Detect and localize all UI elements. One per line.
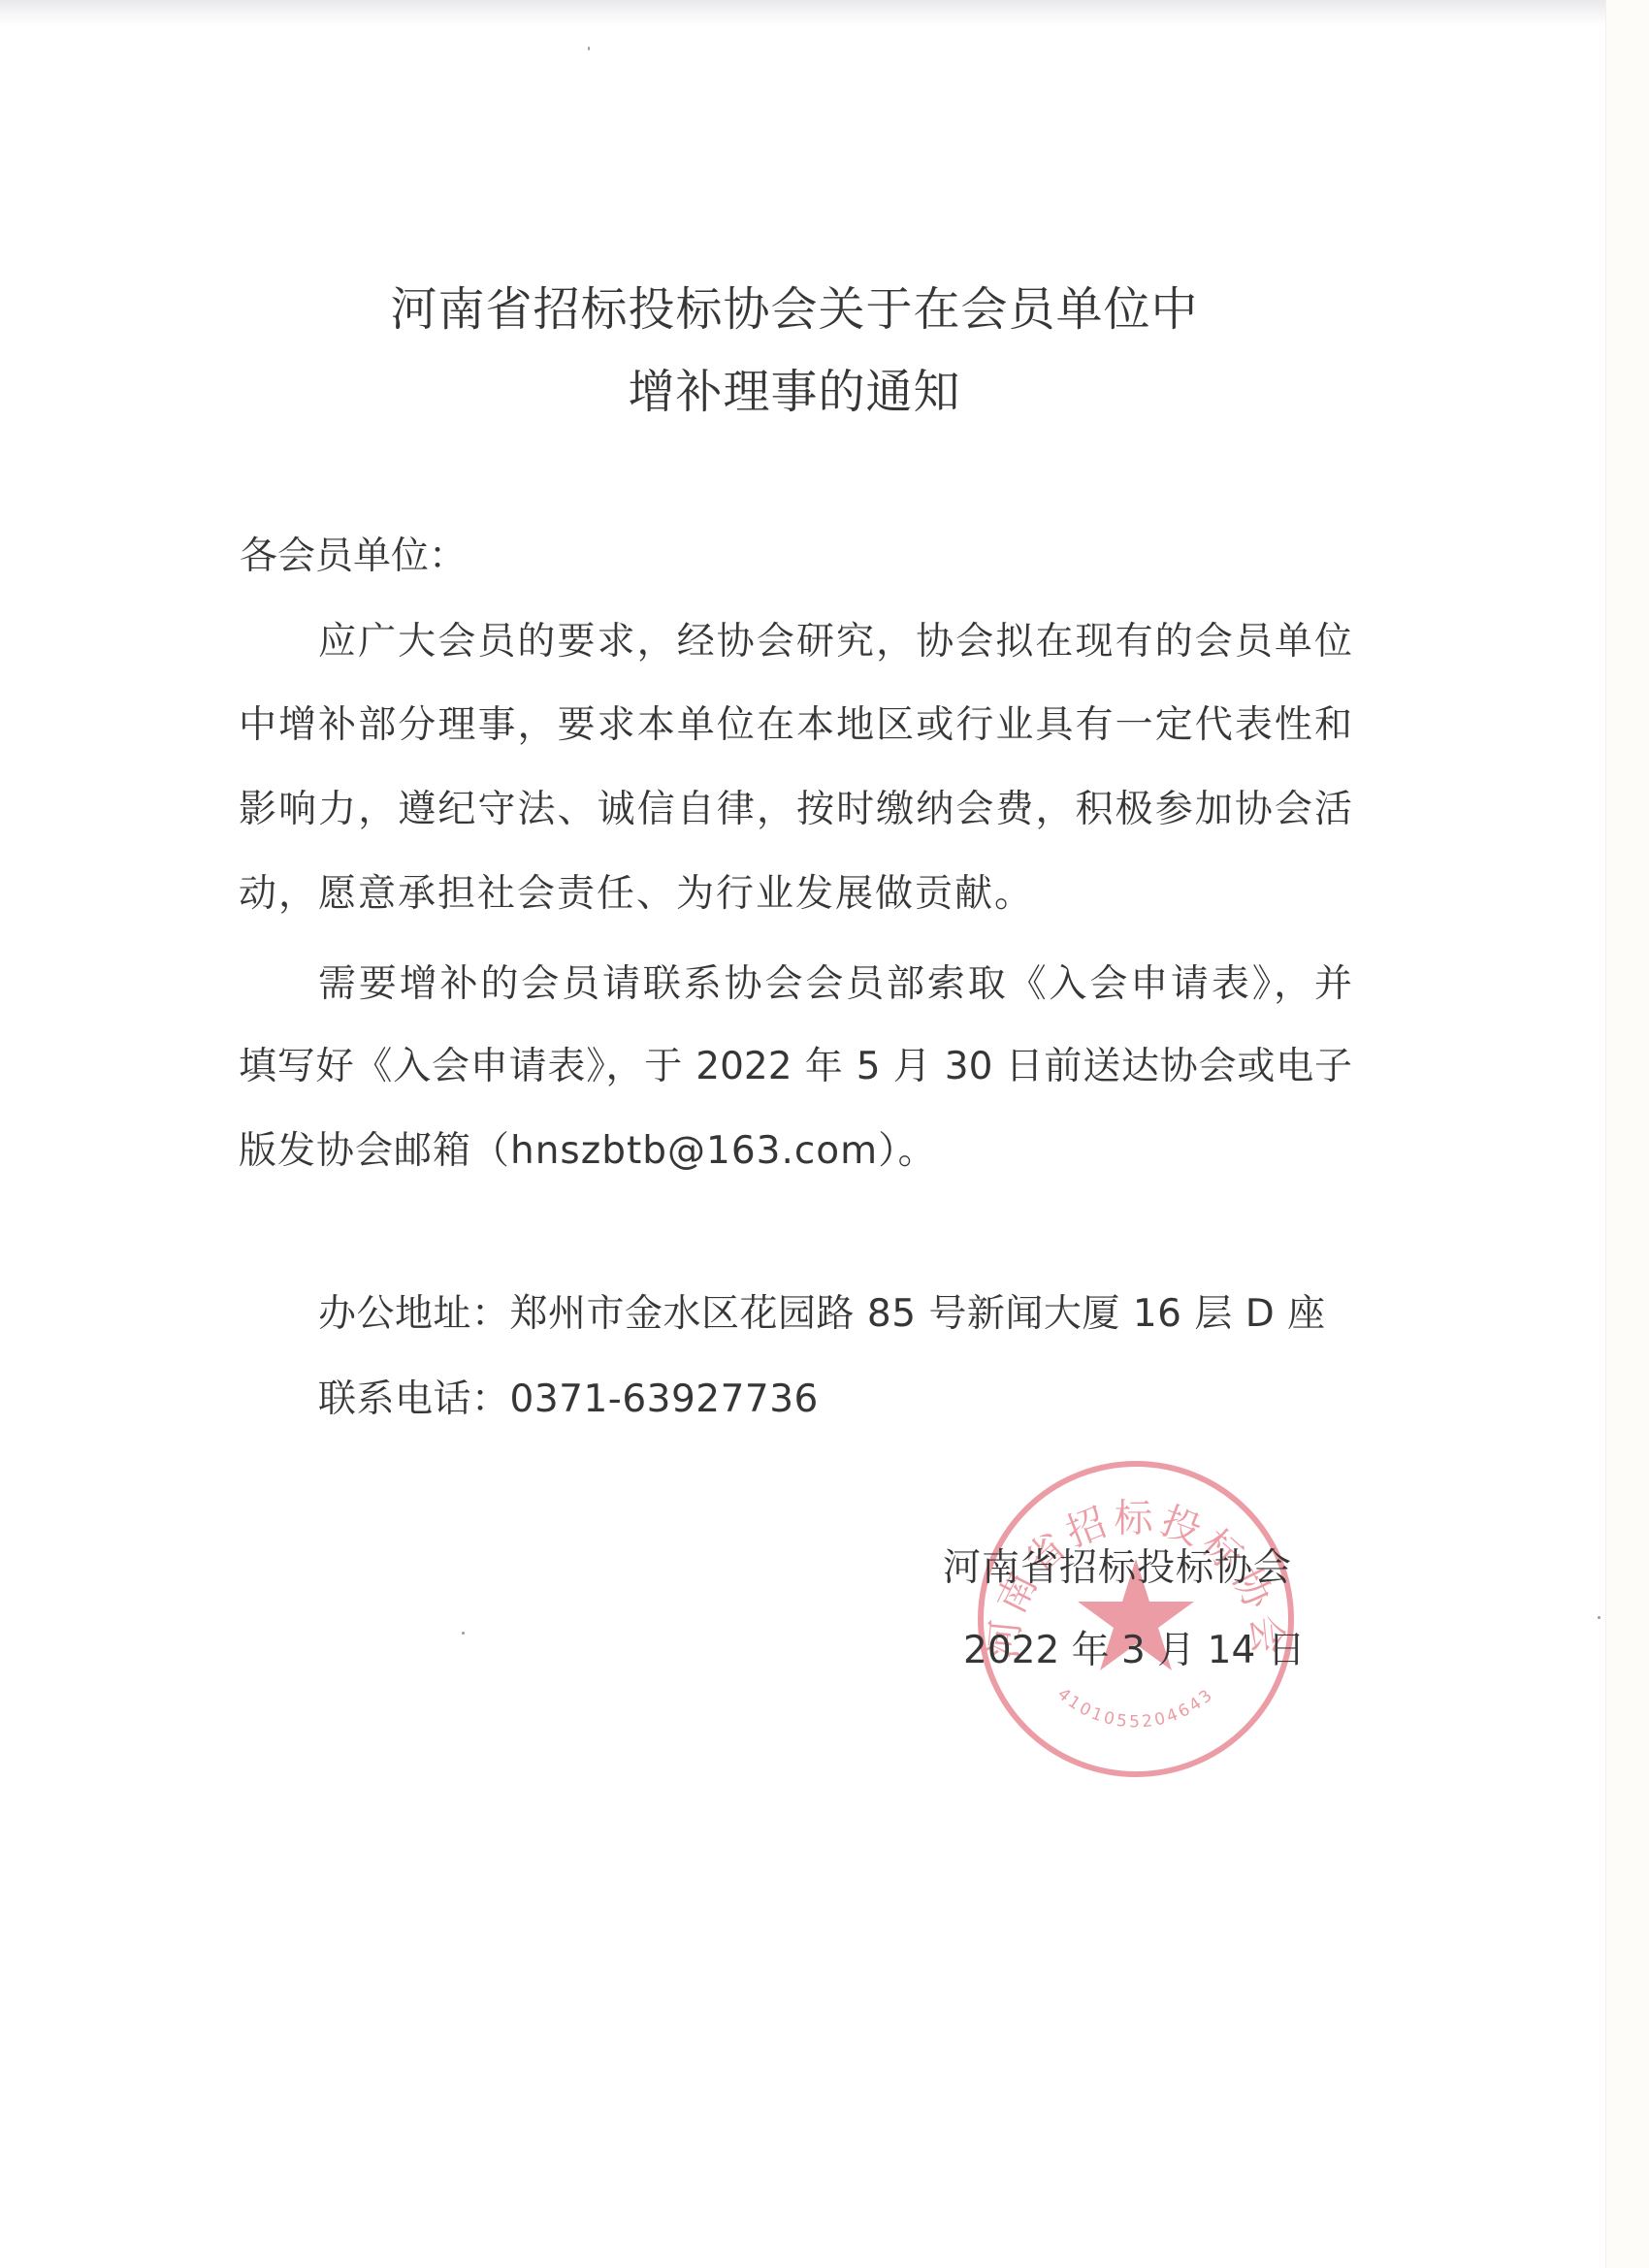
document-title-line-2: 增补理事的通知 (0, 363, 1589, 421)
paragraph-1-line-4: 动，愿意承担社会责任、为行业发展做贡献。 (239, 865, 1034, 923)
scan-speck (588, 47, 590, 50)
official-seal-icon: 河南省招标投标协会 4101055204643 (975, 1458, 1297, 1780)
signing-organization: 河南省招标投标协会 (943, 1539, 1292, 1598)
salutation: 各会员单位： (240, 528, 467, 586)
scan-speck (1598, 1616, 1600, 1619)
paragraph-2-line-3: 版发协会邮箱（hnszbtb@163.com）。 (239, 1122, 937, 1181)
contact-phone: 联系电话：0371-63927736 (318, 1371, 819, 1429)
paragraph-2-line-1: 需要增补的会员请联系协会会员部索取《入会申请表》，并 (318, 956, 1352, 1014)
paragraph-1-line-1: 应广大会员的要求，经协会研究，协会拟在现有的会员单位 (318, 613, 1352, 671)
paragraph-2-line-2: 填写好《入会申请表》，于 2022 年 5 月 30 日前送达协会或电子 (239, 1038, 1352, 1096)
office-address: 办公地址：郑州市金水区花园路 85 号新闻大厦 16 层 D 座 (318, 1285, 1326, 1344)
scan-edge-right (1605, 0, 1649, 2268)
document-page: 河南省招标投标协会关于在会员单位中 增补理事的通知 各会员单位： 应广大会员的要… (0, 0, 1649, 2268)
signing-date: 2022 年 3 月 14 日 (963, 1622, 1306, 1680)
paragraph-1-line-3: 影响力，遵纪守法、诚信自律，按时缴纳会费，积极参加协会活 (239, 781, 1352, 839)
svg-text:4101055204643: 4101055204643 (1053, 1684, 1218, 1732)
scan-speck (462, 1632, 465, 1635)
seal-serial-number: 4101055204643 (1053, 1684, 1218, 1732)
paragraph-1-line-2: 中增补部分理事，要求本单位在本地区或行业具有一定代表性和 (239, 697, 1352, 755)
document-title-line-1: 河南省招标投标协会关于在会员单位中 (0, 280, 1589, 339)
scan-shadow-top (0, 0, 1649, 27)
